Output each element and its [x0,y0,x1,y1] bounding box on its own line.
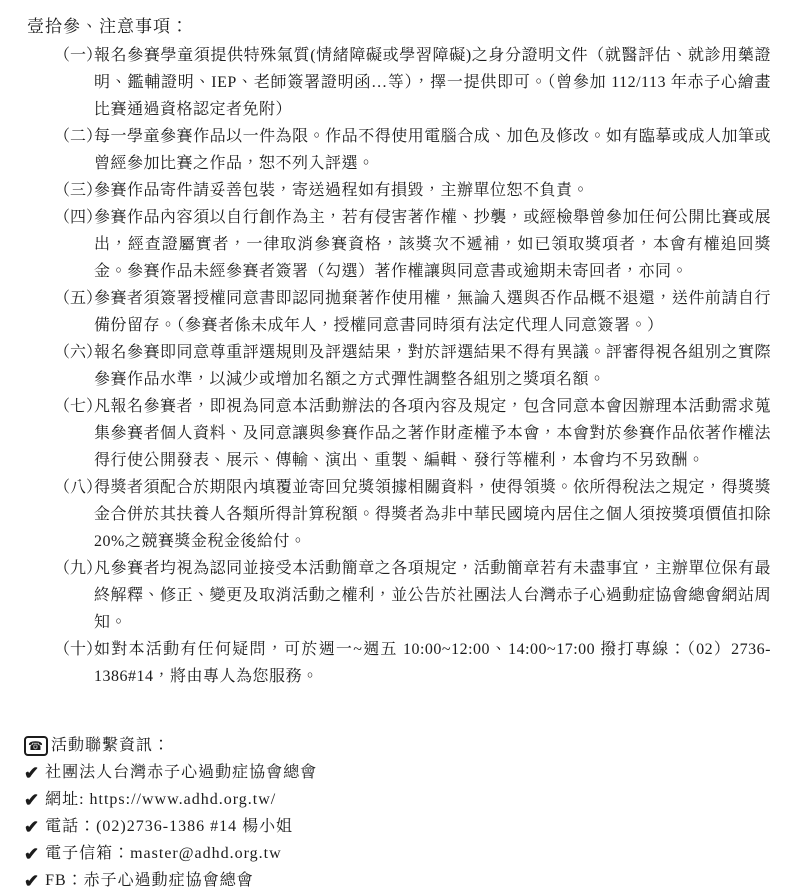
notice-item: （八）得獎者須配合於期限內填覆並寄回兌獎領據相關資料，使得領獎。依所得稅法之規定… [0,474,796,555]
contact-line-email: ✔ 電子信箱：master@adhd.org.tw [24,840,796,867]
section-title: 壹拾參、注意事項： [27,12,796,41]
contact-section: ☎ 活動聯繫資訊： ✔ 社團法人台灣赤子心過動症協會總會 ✔ 網址: https… [24,732,796,893]
notice-item: （九）凡參賽者均視為認同並接受本活動簡章之各項規定，活動簡章若有未盡事宜，主辦單… [0,555,796,636]
item-text: 參賽者須簽署授權同意書即認同拋棄著作使用權，無論入選與否作品概不退還，送件前請自… [94,290,771,334]
contact-heading: ☎ 活動聯繫資訊： [24,732,796,759]
item-number: （五） [54,285,102,312]
document-page: 壹拾參、注意事項： （一）報名參賽學童須提供特殊氣質(情緒障礙或學習障礙)之身分… [0,0,796,893]
check-icon: ✔ [24,872,40,890]
item-number: （六） [54,339,102,366]
item-text: 每一學童參賽作品以一件為限。作品不得使用電腦合成、加色及修改。如有臨摹或成人加筆… [94,128,771,172]
item-text: 報名參賽學童須提供特殊氣質(情緒障礙或學習障礙)之身分證明文件（就醫評估、就診用… [94,47,771,118]
website-text: 網址: https://www.adhd.org.tw/ [45,786,276,813]
item-number: （四） [54,204,102,231]
telephone-icon: ☎ [24,736,48,756]
item-text: 參賽作品寄件請妥善包裝，寄送過程如有損毀，主辦單位恕不負責。 [94,182,589,199]
contact-line-facebook: ✔ FB：赤子心過動症協會總會 [24,867,796,893]
item-text: 凡報名參賽者，即視為同意本活動辦法的各項內容及規定，包含同意本會因辦理本活動需求… [94,398,771,469]
item-number: （二） [54,123,102,150]
notice-item: （四）參賽作品內容須以自行創作為主，若有侵害著作權、抄襲，或經檢舉曾參加任何公開… [0,204,796,285]
contact-line-organization: ✔ 社團法人台灣赤子心過動症協會總會 [24,759,796,786]
item-number: （八） [54,474,102,501]
check-icon: ✔ [24,764,40,782]
item-number: （九） [54,555,102,582]
contact-line-website: ✔ 網址: https://www.adhd.org.tw/ [24,786,796,813]
notice-item: （二）每一學童參賽作品以一件為限。作品不得使用電腦合成、加色及修改。如有臨摹或成… [0,123,796,177]
check-icon: ✔ [24,845,40,863]
notice-item: （十）如對本活動有任何疑問，可於週一~週五 10:00~12:00、14:00~… [0,636,796,690]
notice-item: （七）凡報名參賽者，即視為同意本活動辦法的各項內容及規定，包含同意本會因辦理本活… [0,393,796,474]
notice-item: （三）參賽作品寄件請妥善包裝，寄送過程如有損毀，主辦單位恕不負責。 [0,177,796,204]
item-text: 如對本活動有任何疑問，可於週一~週五 10:00~12:00、14:00~17:… [94,641,771,685]
facebook-text: FB：赤子心過動症協會總會 [45,867,254,893]
item-number: （十） [54,636,102,663]
contact-line-phone: ✔ 電話：(02)2736-1386 #14 楊小姐 [24,813,796,840]
check-icon: ✔ [24,818,40,836]
notice-item: （五）參賽者須簽署授權同意書即認同拋棄著作使用權，無論入選與否作品概不退還，送件… [0,285,796,339]
phone-text: 電話：(02)2736-1386 #14 楊小姐 [45,813,293,840]
organization-name: 社團法人台灣赤子心過動症協會總會 [45,759,317,786]
contact-heading-label: 活動聯繫資訊： [51,732,170,759]
item-text: 參賽作品內容須以自行創作為主，若有侵害著作權、抄襲，或經檢舉曾參加任何公開比賽或… [94,209,771,280]
item-number: （七） [54,393,102,420]
notice-list: （一）報名參賽學童須提供特殊氣質(情緒障礙或學習障礙)之身分證明文件（就醫評估、… [0,42,796,690]
notice-item: （六）報名參賽即同意尊重評選規則及評選結果，對於評選結果不得有異議。評審得視各組… [0,339,796,393]
item-text: 報名參賽即同意尊重評選規則及評選結果，對於評選結果不得有異議。評審得視各組別之實… [94,344,771,388]
item-number: （三） [54,177,102,204]
item-number: （一） [54,42,102,69]
email-text: 電子信箱：master@adhd.org.tw [45,840,282,867]
item-text: 凡參賽者均視為認同並接受本活動簡章之各項規定，活動簡章若有未盡事宜，主辦單位保有… [94,560,771,631]
check-icon: ✔ [24,791,40,809]
item-text: 得獎者須配合於期限內填覆並寄回兌獎領據相關資料，使得領獎。依所得稅法之規定，得獎… [94,479,771,550]
notice-item: （一）報名參賽學童須提供特殊氣質(情緒障礙或學習障礙)之身分證明文件（就醫評估、… [0,42,796,123]
